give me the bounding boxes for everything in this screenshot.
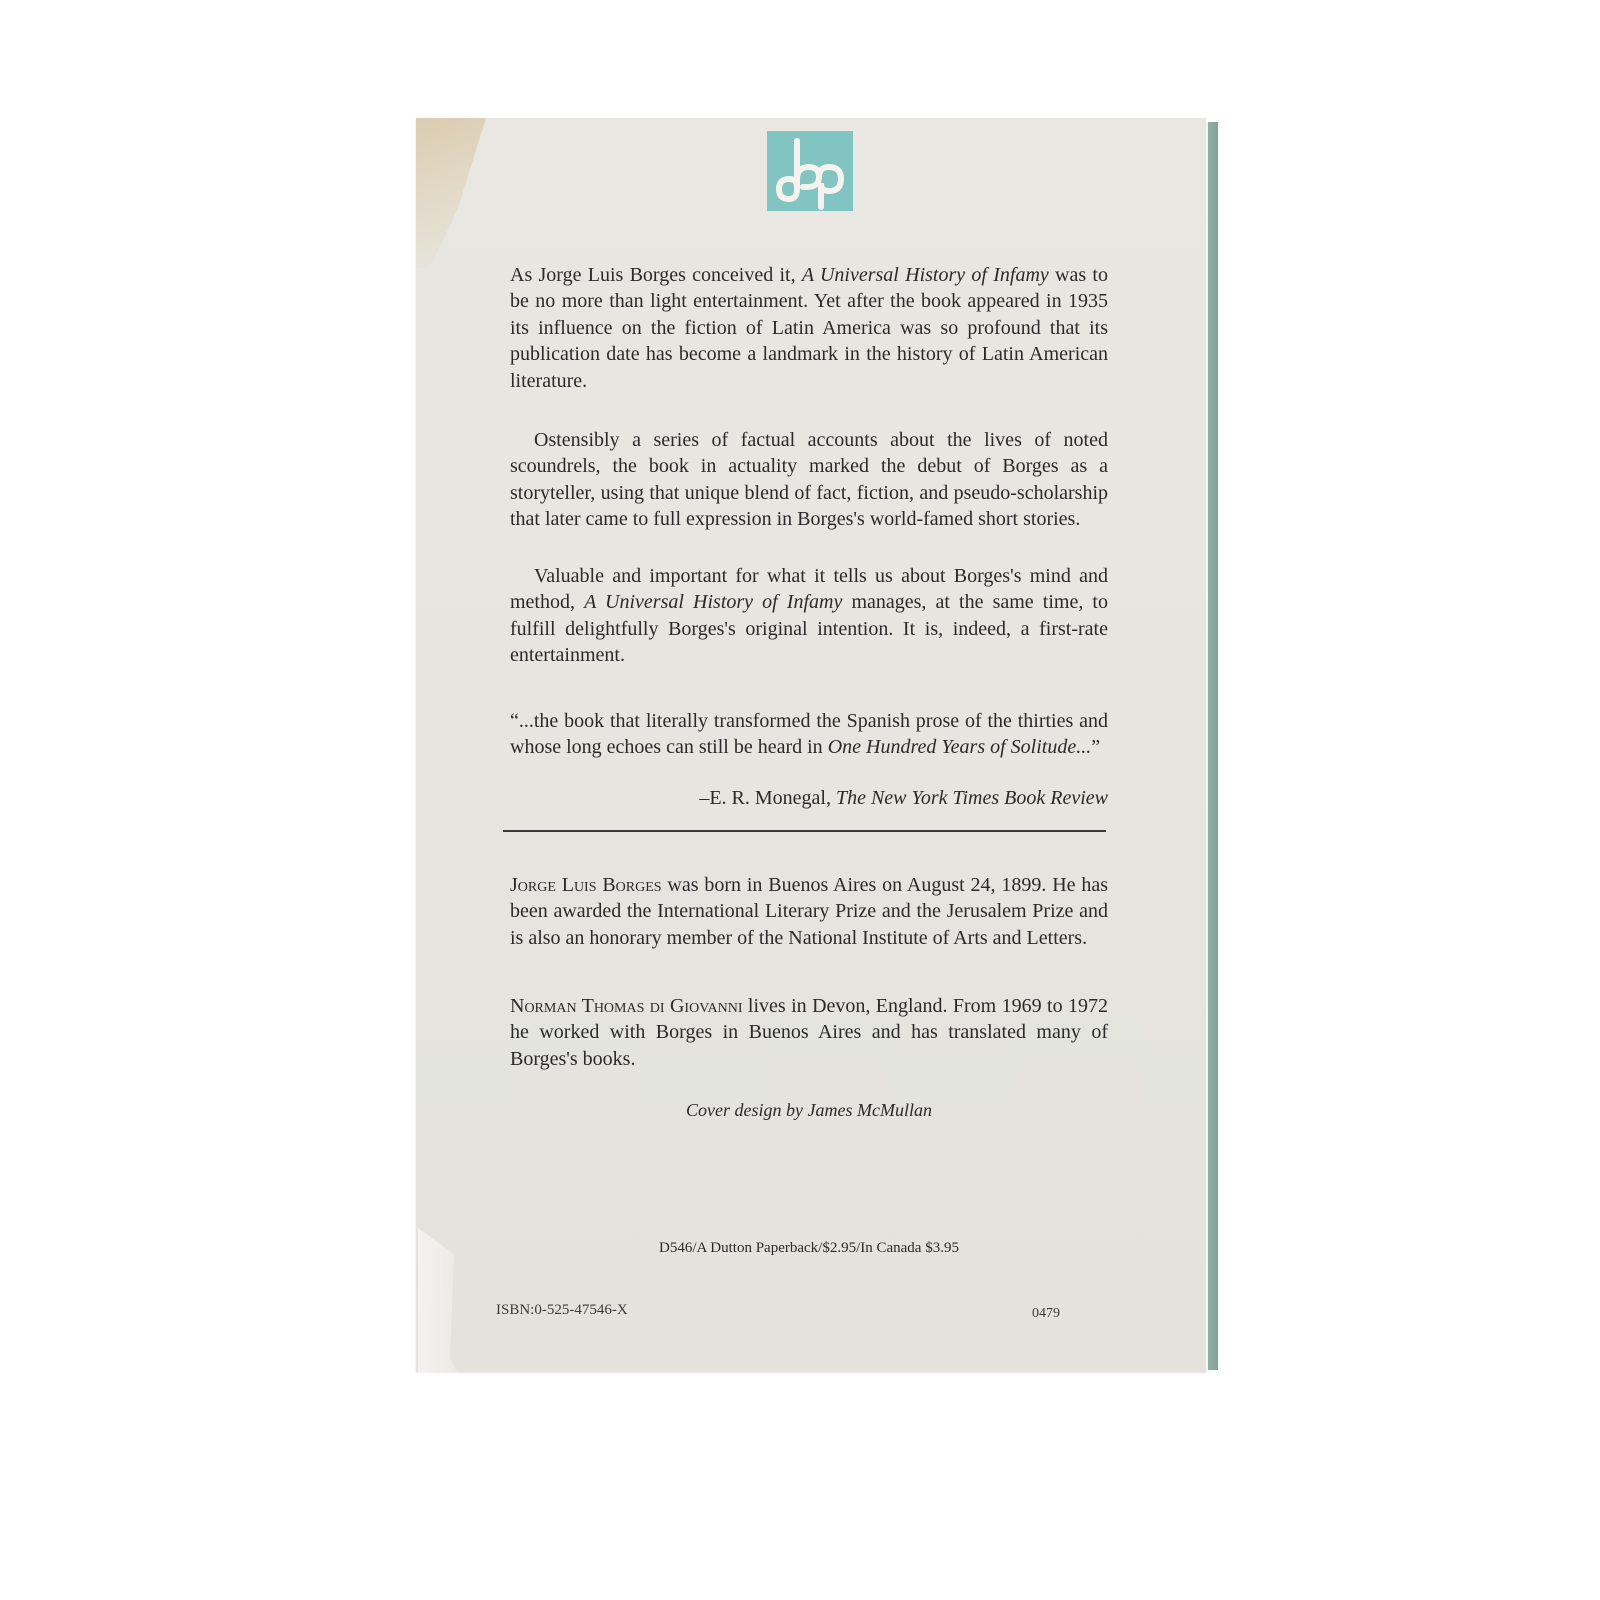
divider: [503, 830, 1106, 832]
isbn: ISBN:0-525-47546-X: [496, 1302, 628, 1319]
text-run: As Jorge Luis Borges conceived it,: [510, 264, 802, 286]
book-title-italic: A Universal History of Infamy: [584, 591, 842, 613]
description-paragraph-2: Ostensibly a series of factual accounts …: [510, 427, 1108, 533]
description-paragraph-3: Valuable and important for what it tells…: [510, 563, 1108, 669]
book-title-italic: A Universal History of Infamy: [802, 264, 1049, 286]
text-run: ”: [1091, 736, 1100, 758]
translator-bio: Norman Thomas di Giovanni lives in Devon…: [510, 993, 1108, 1072]
translator-name: Norman Thomas di Giovanni: [510, 995, 743, 1017]
book-spine-edge: [1206, 122, 1218, 1370]
author-bio: Jorge Luis Borges was born in Buenos Air…: [510, 872, 1108, 951]
author-name: Jorge Luis Borges: [510, 874, 662, 896]
reviewer-name: –E. R. Monegal,: [699, 787, 836, 809]
publisher-logo-icon: [767, 131, 853, 211]
cover-design-credit: Cover design by James McMullan: [510, 1100, 1108, 1121]
dep-logo-icon: [767, 131, 853, 211]
review-source: The New York Times Book Review: [836, 787, 1108, 809]
corner-stain: [416, 118, 486, 268]
wrapper-wrinkle: [418, 1228, 498, 1490]
quoted-title-italic: One Hundred Years of Solitude...: [828, 736, 1092, 758]
price-line: D546/A Dutton Paperback/$2.95/In Canada …: [510, 1240, 1108, 1257]
description-paragraph-1: As Jorge Luis Borges conceived it, A Uni…: [510, 262, 1108, 394]
print-code: 0479: [1032, 1306, 1060, 1322]
review-quote: “...the book that literally transformed …: [510, 708, 1108, 761]
review-attribution: –E. R. Monegal, The New York Times Book …: [510, 787, 1108, 810]
